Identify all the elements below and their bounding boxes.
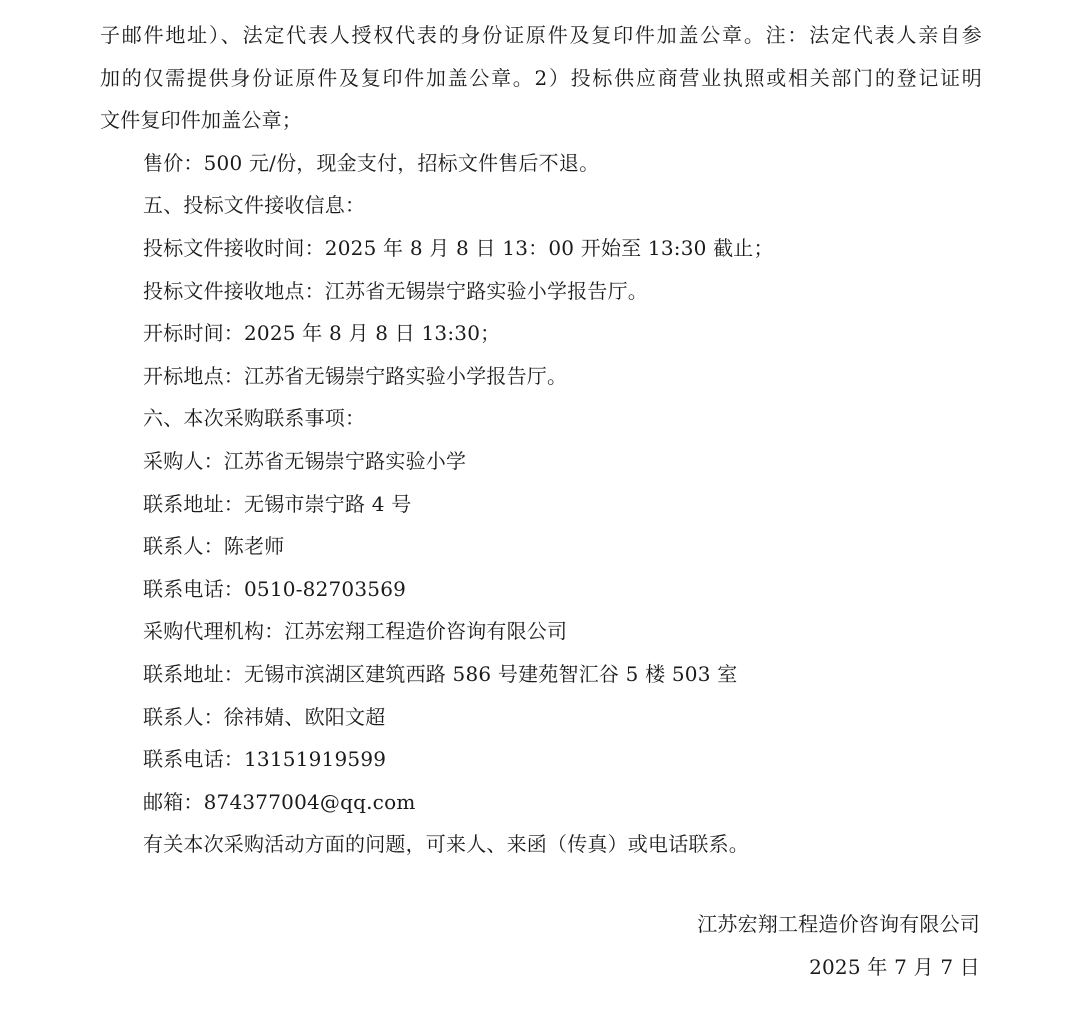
signature-block: 江苏宏翔工程造价咨询有限公司 2025 年 7 月 7 日 [697,903,980,988]
receive-time: 投标文件接收时间：2025 年 8 月 8 日 13：00 开始至 13:30 … [100,227,982,270]
agency: 采购代理机构：江苏宏翔工程造价咨询有限公司 [100,610,982,653]
purchaser-contact: 联系人：陈老师 [100,525,982,568]
opening-place: 开标地点：江苏省无锡崇宁路实验小学报告厅。 [100,355,982,398]
purchaser-address: 联系地址：无锡市崇宁路 4 号 [100,483,982,526]
contact-note: 有关本次采购活动方面的问题，可来人、来函（传真）或电话联系。 [100,823,982,866]
paragraph-line-1: 子邮件地址）、法定代表人授权代表的身份证原件及复印件加盖公章。注：法定代表人亲自… [100,14,982,57]
receive-place: 投标文件接收地点：江苏省无锡崇宁路实验小学报告厅。 [100,270,982,313]
purchaser: 采购人：江苏省无锡崇宁路实验小学 [100,440,982,483]
paragraph-line-2: 加的仅需提供身份证原件及复印件加盖公章。2）投标供应商营业执照或相关部门的登记证… [100,57,982,100]
purchaser-phone: 联系电话：0510-82703569 [100,568,982,611]
opening-time: 开标时间：2025 年 8 月 8 日 13:30； [100,312,982,355]
agency-contact: 联系人：徐祎婧、欧阳文超 [100,696,982,739]
agency-address: 联系地址：无锡市滨湖区建筑西路 586 号建苑智汇谷 5 楼 503 室 [100,653,982,696]
signature-date: 2025 年 7 月 7 日 [697,946,980,989]
signature-company: 江苏宏翔工程造价咨询有限公司 [697,903,980,946]
section6-heading: 六、本次采购联系事项： [100,397,982,440]
section5-heading: 五、投标文件接收信息： [100,184,982,227]
agency-phone: 联系电话：13151919599 [100,738,982,781]
document-body: 子邮件地址）、法定代表人授权代表的身份证原件及复印件加盖公章。注：法定代表人亲自… [100,14,982,866]
agency-email: 邮箱：874377004@qq.com [100,781,982,824]
price-line: 售价：500 元/份，现金支付，招标文件售后不退。 [100,142,982,185]
paragraph-line-3: 文件复印件加盖公章； [100,99,982,142]
